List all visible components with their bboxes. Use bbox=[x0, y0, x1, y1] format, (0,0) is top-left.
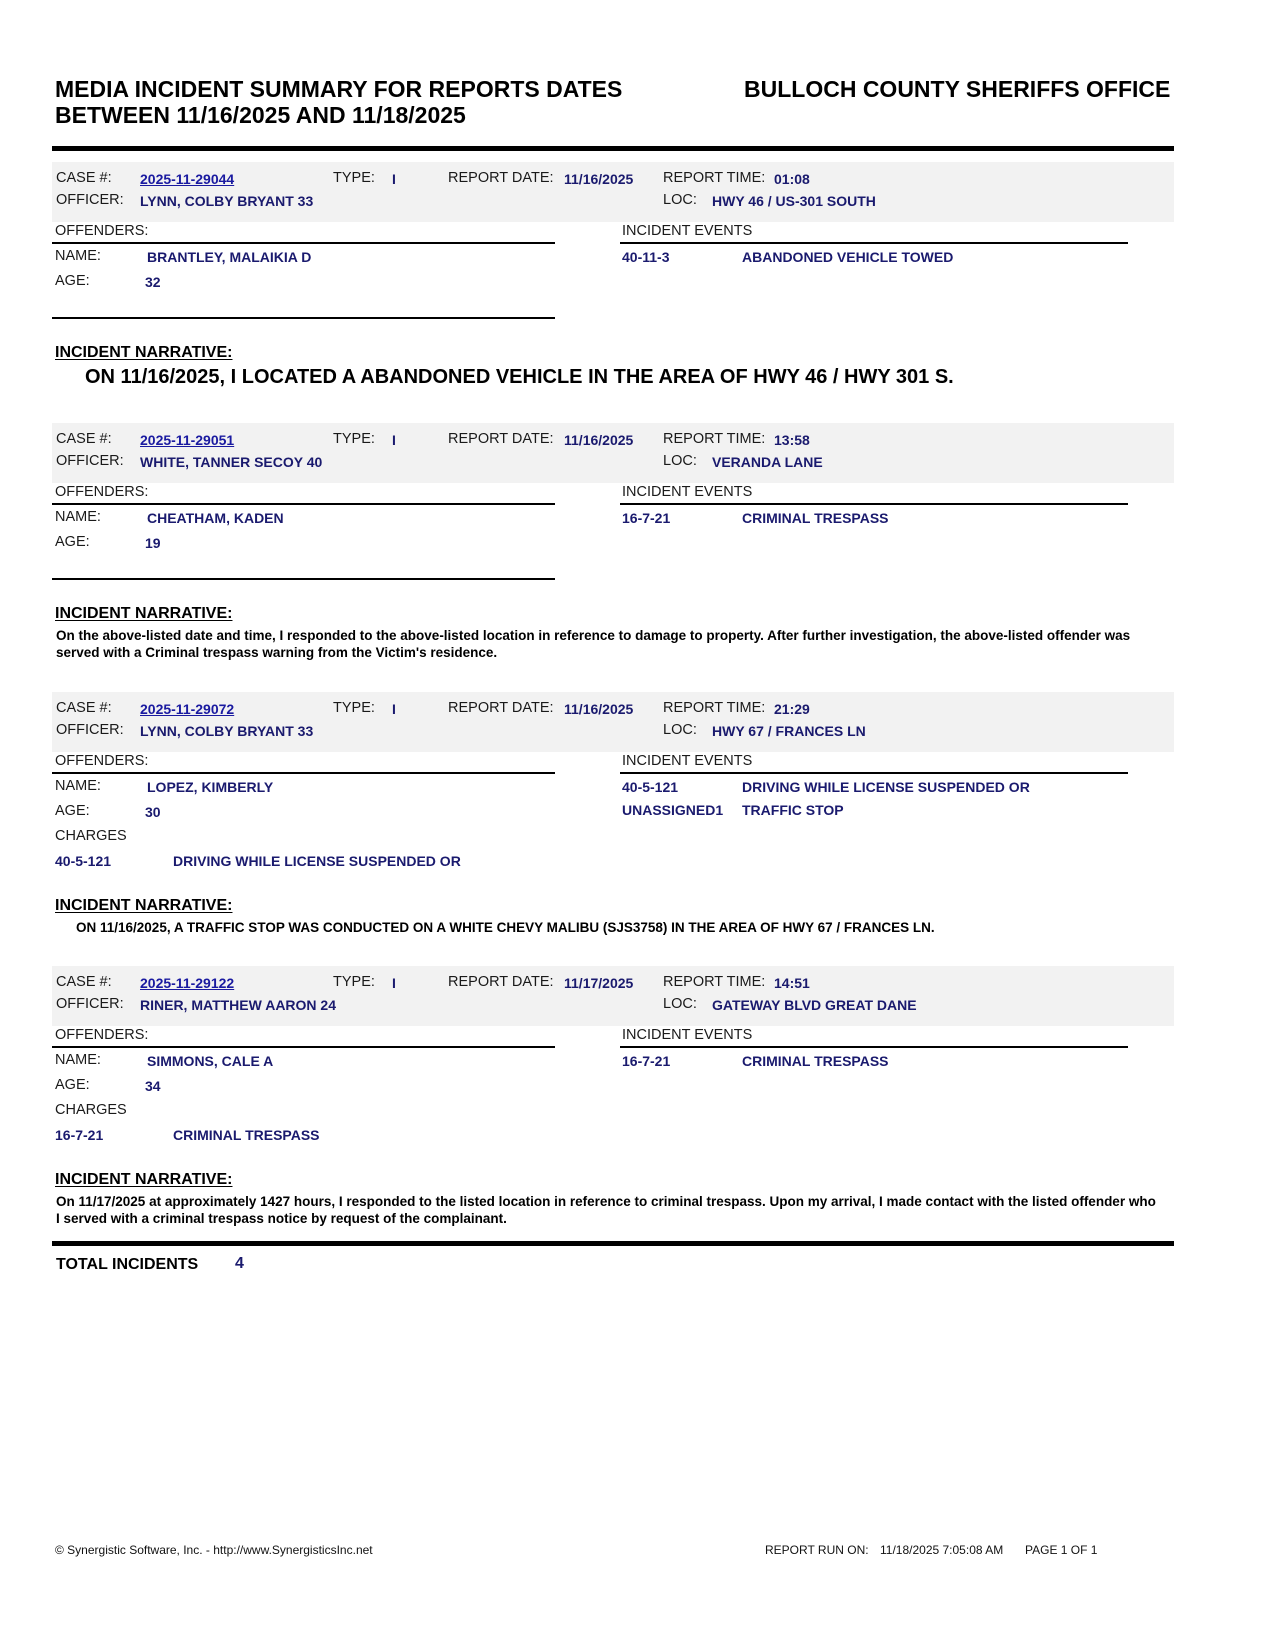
offenders-bottom-rule bbox=[52, 578, 555, 580]
report-time-value: 01:08 bbox=[774, 171, 810, 187]
charges-label: CHARGES bbox=[55, 1102, 127, 1118]
offender-age-label: AGE: bbox=[55, 1077, 90, 1093]
event-code: 40-5-121 bbox=[622, 779, 678, 795]
incident-narrative-text: On 11/17/2025 at approximately 1427 hour… bbox=[56, 1193, 1156, 1227]
event-description: CRIMINAL TRESPASS bbox=[742, 1053, 889, 1069]
incident-events-rule bbox=[620, 772, 1128, 774]
report-time-value: 13:58 bbox=[774, 432, 810, 448]
location-value: VERANDA LANE bbox=[712, 454, 823, 470]
officer-label: OFFICER: bbox=[56, 453, 124, 469]
event-description: DRIVING WHILE LICENSE SUSPENDED OR bbox=[742, 779, 1030, 795]
incident-narrative-text: ON 11/16/2025, A TRAFFIC STOP WAS CONDUC… bbox=[76, 919, 1176, 936]
incident-narrative-text: On the above-listed date and time, I res… bbox=[56, 627, 1156, 661]
charge-description: DRIVING WHILE LICENSE SUSPENDED OR bbox=[173, 853, 461, 869]
footer-run-value: 11/18/2025 7:05:08 AM bbox=[880, 1543, 1003, 1557]
type-label: TYPE: bbox=[333, 974, 375, 990]
offender-name-label: NAME: bbox=[55, 1052, 101, 1068]
officer-label: OFFICER: bbox=[56, 722, 124, 738]
report-date-value: 11/17/2025 bbox=[564, 975, 633, 991]
charge-description: CRIMINAL TRESPASS bbox=[173, 1127, 320, 1143]
charges-label: CHARGES bbox=[55, 828, 127, 844]
location-label: LOC: bbox=[663, 996, 697, 1012]
offender-name-label: NAME: bbox=[55, 778, 101, 794]
report-date-value: 11/16/2025 bbox=[564, 171, 633, 187]
offender-name-value: CHEATHAM, KADEN bbox=[147, 510, 284, 526]
case-number-link[interactable]: 2025-11-29072 bbox=[140, 701, 234, 717]
charge-code: 16-7-21 bbox=[55, 1127, 103, 1143]
event-code: UNASSIGNED1 bbox=[622, 802, 723, 818]
incident-events-rule bbox=[620, 1046, 1128, 1048]
type-value: I bbox=[392, 701, 396, 717]
incident-events-label: INCIDENT EVENTS bbox=[622, 1027, 752, 1043]
header-divider bbox=[52, 146, 1174, 151]
location-value: HWY 67 / FRANCES LN bbox=[712, 723, 866, 739]
report-title-line2: BETWEEN 11/16/2025 AND 11/18/2025 bbox=[55, 102, 466, 128]
type-label: TYPE: bbox=[333, 431, 375, 447]
offender-name-label: NAME: bbox=[55, 509, 101, 525]
total-incidents-label: TOTAL INCIDENTS bbox=[56, 1256, 198, 1274]
location-label: LOC: bbox=[663, 453, 697, 469]
location-label: LOC: bbox=[663, 722, 697, 738]
offenders-label: OFFENDERS: bbox=[55, 223, 148, 239]
incident-narrative-label: INCIDENT NARRATIVE: bbox=[55, 605, 232, 623]
incident-narrative-label: INCIDENT NARRATIVE: bbox=[55, 897, 232, 915]
charge-code: 40-5-121 bbox=[55, 853, 111, 869]
offender-age-label: AGE: bbox=[55, 534, 90, 550]
type-value: I bbox=[392, 975, 396, 991]
incident-events-rule bbox=[620, 242, 1128, 244]
location-label: LOC: bbox=[663, 192, 697, 208]
footer-run-label: REPORT RUN ON: bbox=[765, 1543, 869, 1557]
event-code: 16-7-21 bbox=[622, 510, 670, 526]
event-description: CRIMINAL TRESPASS bbox=[742, 510, 889, 526]
report-time-label: REPORT TIME: bbox=[663, 431, 765, 447]
officer-label: OFFICER: bbox=[56, 996, 124, 1012]
offender-age-value: 34 bbox=[145, 1078, 161, 1094]
incident-events-label: INCIDENT EVENTS bbox=[622, 753, 752, 769]
offender-name-value: LOPEZ, KIMBERLY bbox=[147, 779, 273, 795]
report-date-label: REPORT DATE: bbox=[448, 974, 554, 990]
offender-age-label: AGE: bbox=[55, 273, 90, 289]
offenders-label: OFFENDERS: bbox=[55, 1027, 148, 1043]
footer-copyright: © Synergistic Software, Inc. - http://ww… bbox=[55, 1543, 373, 1557]
incident-narrative-text: ON 11/16/2025, I LOCATED A ABANDONED VEH… bbox=[85, 366, 954, 389]
report-date-value: 11/16/2025 bbox=[564, 701, 633, 717]
incident-events-label: INCIDENT EVENTS bbox=[622, 484, 752, 500]
offender-name-label: NAME: bbox=[55, 248, 101, 264]
agency-name: BULLOCH COUNTY SHERIFFS OFFICE bbox=[744, 76, 1170, 102]
offenders-label: OFFENDERS: bbox=[55, 484, 148, 500]
offender-name-value: SIMMONS, CALE A bbox=[147, 1053, 273, 1069]
offender-name-value: BRANTLEY, MALAIKIA D bbox=[147, 249, 311, 265]
case-number-link[interactable]: 2025-11-29044 bbox=[140, 171, 234, 187]
event-code: 16-7-21 bbox=[622, 1053, 670, 1069]
event-description: ABANDONED VEHICLE TOWED bbox=[742, 249, 953, 265]
offenders-rule bbox=[52, 242, 555, 244]
total-incidents-value: 4 bbox=[235, 1255, 244, 1273]
case-number-label: CASE #: bbox=[56, 700, 112, 716]
report-time-value: 14:51 bbox=[774, 975, 810, 991]
report-date-label: REPORT DATE: bbox=[448, 431, 554, 447]
offender-age-value: 32 bbox=[145, 274, 161, 290]
location-value: HWY 46 / US-301 SOUTH bbox=[712, 193, 876, 209]
report-time-label: REPORT TIME: bbox=[663, 974, 765, 990]
case-number-link[interactable]: 2025-11-29122 bbox=[140, 975, 234, 991]
report-time-value: 21:29 bbox=[774, 701, 810, 717]
report-time-label: REPORT TIME: bbox=[663, 700, 765, 716]
event-description: TRAFFIC STOP bbox=[742, 802, 844, 818]
officer-label: OFFICER: bbox=[56, 192, 124, 208]
report-date-value: 11/16/2025 bbox=[564, 432, 633, 448]
offenders-rule bbox=[52, 772, 555, 774]
incident-events-rule bbox=[620, 503, 1128, 505]
officer-value: RINER, MATTHEW AARON 24 bbox=[140, 997, 336, 1013]
footer-page-number: PAGE 1 OF 1 bbox=[1025, 1543, 1097, 1557]
type-value: I bbox=[392, 171, 396, 187]
incident-narrative-label: INCIDENT NARRATIVE: bbox=[55, 1171, 232, 1189]
incident-narrative-label: INCIDENT NARRATIVE: bbox=[55, 344, 232, 362]
offenders-bottom-rule bbox=[52, 317, 555, 319]
report-date-label: REPORT DATE: bbox=[448, 700, 554, 716]
offenders-rule bbox=[52, 1046, 555, 1048]
report-title-line1: MEDIA INCIDENT SUMMARY FOR REPORTS DATES bbox=[55, 76, 622, 102]
offender-age-label: AGE: bbox=[55, 803, 90, 819]
officer-value: LYNN, COLBY BRYANT 33 bbox=[140, 193, 313, 209]
offender-age-value: 30 bbox=[145, 804, 161, 820]
officer-value: WHITE, TANNER SECOY 40 bbox=[140, 454, 322, 470]
report-time-label: REPORT TIME: bbox=[663, 170, 765, 186]
case-number-link[interactable]: 2025-11-29051 bbox=[140, 432, 234, 448]
offender-age-value: 19 bbox=[145, 535, 161, 551]
officer-value: LYNN, COLBY BRYANT 33 bbox=[140, 723, 313, 739]
location-value: GATEWAY BLVD GREAT DANE bbox=[712, 997, 917, 1013]
offenders-label: OFFENDERS: bbox=[55, 753, 148, 769]
type-label: TYPE: bbox=[333, 170, 375, 186]
event-code: 40-11-3 bbox=[622, 249, 669, 265]
offenders-rule bbox=[52, 503, 555, 505]
case-number-label: CASE #: bbox=[56, 170, 112, 186]
totals-divider bbox=[52, 1241, 1174, 1246]
case-number-label: CASE #: bbox=[56, 431, 112, 447]
incident-events-label: INCIDENT EVENTS bbox=[622, 223, 752, 239]
report-date-label: REPORT DATE: bbox=[448, 170, 554, 186]
type-label: TYPE: bbox=[333, 700, 375, 716]
type-value: I bbox=[392, 432, 396, 448]
case-number-label: CASE #: bbox=[56, 974, 112, 990]
